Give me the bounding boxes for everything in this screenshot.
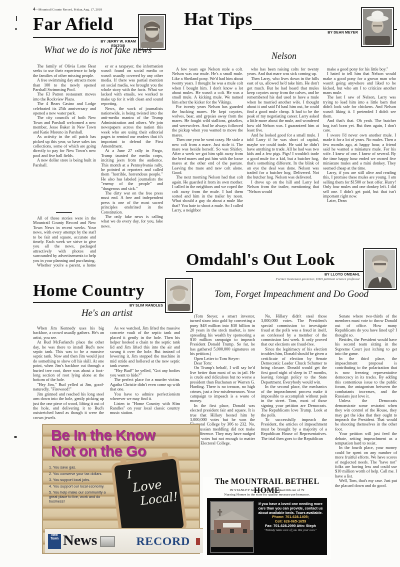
home-country-headline: He's an artist	[33, 310, 181, 320]
far-afield-title: Far Afield	[33, 15, 113, 33]
news-logo: News	[63, 534, 97, 549]
meyer-headshot-icon	[363, 9, 392, 45]
record-logo-accent	[196, 538, 200, 545]
hat-tips-col2: who has been raising colts for twenty ye…	[247, 67, 319, 253]
omdahl-col2: No, Hillary didn't steal those 3,000,000…	[261, 314, 327, 476]
scan-mark	[14, 436, 17, 438]
bethel-tagline: "Nobody takes care of you like your own.…	[257, 528, 324, 532]
omdahl-col3: Senate where two-thirds of the members m…	[335, 314, 397, 525]
author-photo-meyer	[361, 7, 394, 47]
chalkboard-sign: I Love Local!	[111, 455, 188, 539]
omdahl-title: Omdahl's Out Look	[186, 251, 335, 268]
scan-mark	[16, 16, 17, 21]
bethel-ad-contact: If you have a loved one needing more car…	[257, 502, 324, 551]
omdahl-byline: BY LLOYD OMDAHLFormer lieutenant governo…	[212, 273, 360, 287]
far-afield-col2: er or a taxpayer, the information wasn't…	[101, 64, 163, 254]
newspaper-icon	[100, 536, 115, 547]
folio-text: —Mountrail County Record, Friday, Aug. 1…	[35, 8, 102, 12]
hat-tips-col3: make a good pony for his little boy."I h…	[323, 67, 396, 253]
hat-tips-col1: A few years ago Nelson stole a colt. Nel…	[172, 67, 243, 253]
far-afield-col1-cont: All of those stories were in the Mountra…	[33, 216, 96, 268]
author-photo-omdahl	[363, 248, 397, 290]
chalkboard-clip	[120, 458, 127, 464]
divider	[56, 212, 72, 213]
kram-headshot-icon	[140, 16, 164, 48]
newspaper-page: 4—Mountrail County Record, Friday, Aug. …	[0, 0, 400, 567]
bethel-home-ad: The MOUNTRAIL BETHEL HOME IN STANLEY has…	[203, 477, 331, 559]
omdahl-headline: Tom, Forget Impeachment and Do Good	[186, 291, 397, 301]
know-ad-headline-1: Be In the Know	[43, 425, 199, 444]
record-logo: RECORD	[136, 535, 190, 547]
far-afield-headline: What we do is not fake news	[33, 47, 163, 57]
bethel-ad-black-box: If you have a loved one needing more car…	[207, 498, 327, 555]
home-country-title: Home Country	[33, 282, 144, 299]
bethel-building-photo	[210, 501, 254, 553]
be-in-the-know-ad: Be In the Know Not on the Go 1. You save…	[42, 424, 200, 554]
building-photo-icon	[211, 502, 253, 547]
know-ad-benefits-list: 1. You save gas.2. You conserve your tax…	[49, 465, 113, 527]
scan-mark	[15, 28, 17, 30]
newspaper-logos-strip: New Town News RECORD	[45, 528, 203, 553]
author-photo-kram	[138, 14, 166, 50]
omdahl-headshot-icon	[365, 250, 395, 288]
far-afield-col1: The family of Olivia Lone Bear seeks to …	[33, 64, 96, 210]
hat-tips-headline: Nelson	[170, 52, 398, 61]
bethel-ad-subhead: IN STANLEY has been recently ranked 6th …	[205, 488, 329, 498]
chalkboard-clip	[162, 452, 169, 458]
chalk-line: Local!	[140, 491, 181, 509]
hat-tips-byline: BY DEAN MEYER	[266, 31, 358, 38]
hat-tips-title: Hat Tips	[184, 10, 252, 28]
new-town-logo-box: New Town	[48, 534, 61, 549]
